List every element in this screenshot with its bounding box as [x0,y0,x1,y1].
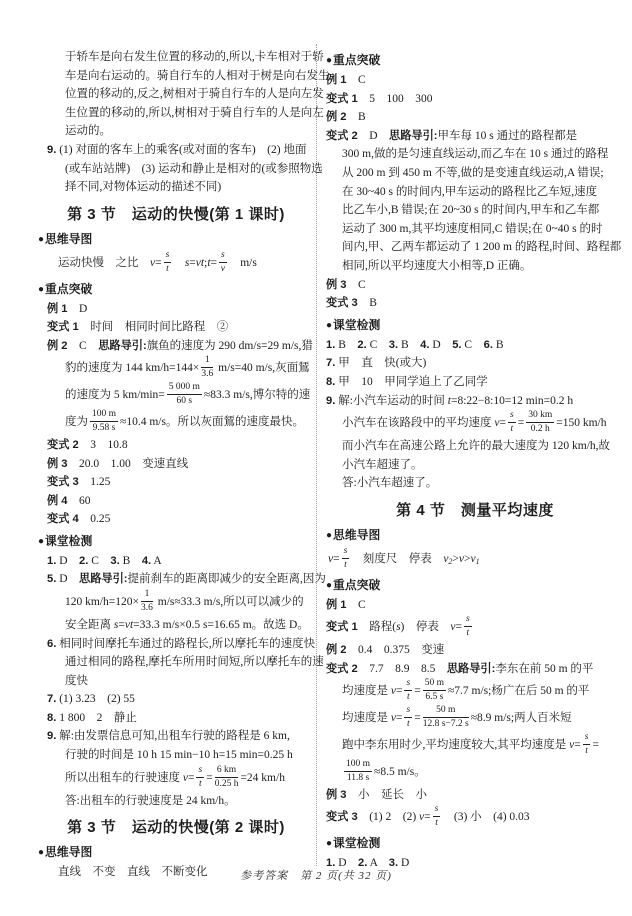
bold-label: 例 3 [326,789,347,801]
numerator: s [342,546,350,559]
numerator: 100 m [90,409,118,422]
bold-label: 例 1 [326,74,347,86]
fraction: st [433,804,441,829]
section-marker: ●思维导图 [38,843,314,862]
text-run: = [424,811,431,823]
text-run: 通过相同的路程,摩托车所用时间短,所以摩托车的速 [65,656,324,668]
answer-line: 车是向右运动的。骑自行车的人相对于树是向右发生 [65,67,314,86]
fraction: st [404,705,412,730]
section-heading-text: 第 3 节 运动的快慢(第 2 课时) [67,819,285,836]
answer-page: 于轿车是向右发生位置的移动的,所以,卡车相对于轿车是向右运动的。骑自行车的人相对… [0,0,632,916]
text-run: = [456,621,463,633]
bold-label: 8. [326,376,335,388]
bold-label: 6. [47,638,56,650]
text-run: 60 [68,495,91,507]
section-marker-label: 课堂检测 [333,318,380,332]
answer-line: 例 2 B [326,108,624,127]
answer-line: 1. B 2. C 3. B 4. D 5. C 6. B [326,336,624,355]
text-run: m/s≈33.3 m/s,所以可以减少的 [155,596,304,608]
bold-label: 例 3 [326,279,347,291]
bullet-icon: ● [38,847,44,858]
answer-line: (或车站站牌) (3) 运动和静止是相对的(或参照物选 [65,160,314,179]
text-run: C [88,555,110,567]
text-run: 均速度是 [342,712,391,724]
numerator: s [583,732,591,745]
section-marker: ●重点突破 [326,576,624,595]
answer-line: 间内,甲、乙两车都运动了 1 200 m 的路程,时间、路程都 [342,238,624,257]
numerator: 6 km [215,765,239,778]
text-run: 位置的移动的,反之,树相对于骑自行车的人是向左发 [65,88,324,100]
text-run: B [493,339,504,351]
text-run: 0.25 [79,513,111,525]
bold-label: 例 2 [326,111,347,123]
text-run: 运动的。 [65,125,111,137]
text-run: C [347,279,366,291]
text-run: 小汽车在该路段中的平均速度 [342,417,494,429]
bold-label: 变式 2 [326,663,358,675]
text-run: 生位置的移动的,所以,树相对于骑自行车的人是向左 [65,107,324,119]
text-run: 解:小汽车运动的时间 [335,395,447,407]
bold-label: 例 3 [47,458,68,470]
section-marker: ●思维导图 [38,230,314,249]
text-run: 均速度是 [342,685,391,697]
answer-line: 而小汽车在高速公路上允许的最大速度为 120 km/h,故 [342,437,624,456]
bold-label: 4. [420,339,429,351]
text-run [173,257,185,269]
fraction: st [164,250,172,275]
bold-label: 5. [452,339,461,351]
text-run: 7.7 8.9 8.5 [358,663,447,675]
text-run: m/s=40 m/s,灰面鵟 [215,362,309,374]
text-run: = [333,553,340,565]
answer-line: 相同,所以平均速度大小相等,D 正确。 [342,257,624,276]
bold-label: 7. [47,693,56,705]
answer-line: 8. 1 800 2 静止 [47,709,314,728]
text-run: 旗鱼的速度为 290 dm/s=29 m/s,猎 [147,340,313,352]
text-run: = [396,712,403,724]
answer-line: 运动快慢 之比 v=st s=vt;t=sv m/s [58,250,314,277]
answer-line: 度为100 m9.58 s≈10.4 m/s。所以灰面鵟的速度最快。 [65,409,314,436]
text-run: 时间 相同时间比路程 ② [79,321,229,333]
section-marker: ●重点突破 [38,280,314,299]
variable: vt [125,619,133,631]
text-run: (1) 对面的客车上的乘客(或对面的客车) (2) 地面 [56,144,306,156]
answer-line: 变式 3 B [326,294,624,313]
numerator: 1 [141,589,153,602]
fraction: 30 km0.2 h [526,410,554,435]
text-run: m/s [229,257,257,269]
bold-label: 例 4 [47,495,68,507]
text-run: B [398,339,420,351]
section-marker-label: 重点突破 [45,282,92,296]
text-run: ) 停表 [401,621,451,633]
text-run: 择不同,对物体运动的描述不同) [65,181,221,193]
text-run: 行驶的时间是 10 h 15 min−10 h=15 min=0.25 h [65,749,293,761]
text-run: 度为 [65,416,88,428]
answer-line: 在 30~40 s 的时间内,甲车运动的路程比乙车短,速度 [342,183,624,202]
answer-line: 均速度是 v=st=50 m12.8 s−7.2 s≈8.9 m/s;两人百米短 [342,705,624,732]
bold-label: 2. [357,339,366,351]
answer-line: 300 m,做的是匀速直线运动,而乙车在 10 s 通过的路程 [342,145,624,164]
text-run: ≈7.7 m/s;杨广在后 50 m 的平 [448,685,589,697]
denominator: 3.6 [141,602,153,614]
answer-line: 择不同,对物体运动的描述不同) [65,178,314,197]
section-marker-label: 重点突破 [333,53,380,67]
answer-line: 变式 1 路程(s) 停表 v=st [326,614,624,641]
numerator: 50 m [423,705,469,718]
text-run: 甲车每 10 s 通过的路程都是 [438,130,578,142]
bold-label: 思路导引: [98,340,146,352]
bold-label: 9. [47,730,56,742]
answer-line: 答:小汽车超速了。 [342,474,624,493]
section-marker-label: 思维导图 [333,528,380,542]
text-run: (1) 2 (2) [358,811,419,823]
text-run: 从 200 m 到 450 m 不等,做的是变速直线运动,A 错误; [342,167,604,179]
answer-line: 位置的移动的,反之,树相对于骑自行车的人是向左发 [65,85,314,104]
numerator: s [404,678,412,691]
text-run: (3) 小 (4) 0.03 [442,811,529,823]
bold-label: 1. [326,339,335,351]
numerator: s [464,614,472,627]
text-run: =33.3 m/s×0.5 s=16.65 m。故选 D。 [133,619,309,631]
answer-line: 7. 甲 直 快(或大) [326,354,624,373]
text-run: 跑中李东用时少,平均速度较大,其平均速度是 [342,739,569,751]
text-run: =150 km/h [556,417,606,429]
numerator: 100 m [344,759,372,772]
text-run: = [499,417,506,429]
text-run: (或车站站牌) (3) 运动和静止是相对的(或参照物选 [65,163,323,175]
text-run: 度快 [65,675,88,687]
bold-label: 变式 3 [326,811,358,823]
text-run: 300 m,做的是匀速直线运动,而乙车在 10 s 通过的路程 [342,148,608,160]
fraction: sv [219,250,227,275]
answer-line: 120 km/h=120×13.6 m/s≈33.3 m/s,所以可以减少的 [65,589,314,616]
denominator: v [219,263,227,275]
text-run: D [56,573,79,585]
answer-line: 例 4 60 [47,492,314,511]
answer-line: 9. 解:由发票信息可知,出租车行驶的路程是 6 km, [47,727,314,746]
text-run: = [211,257,218,269]
text-run: A [151,555,162,567]
fraction: st [508,410,516,435]
fraction: 5 000 m60 s [167,382,202,407]
text-run: ≈8.9 m/s;两人百米短 [471,712,572,724]
denominator: 0.25 h [215,778,239,790]
text-run: 0.4 0.375 变速 [347,644,445,656]
denominator: 12.8 s−7.2 s [423,718,469,730]
fraction: st [583,732,591,757]
answer-line: 变式 2 7.7 8.9 8.5 思路导引:李东在前 50 m 的平 [326,660,624,679]
answer-line: 变式 3 1.25 [47,473,314,492]
answer-line: 变式 4 0.25 [47,510,314,529]
bold-label: 思路导引: [389,130,437,142]
text-run: 运动快慢 之比 [58,257,150,269]
bold-label: 8. [47,712,56,724]
text-run: C [347,599,366,611]
text-run: C [462,339,484,351]
bold-label: 变式 3 [326,297,358,309]
bold-label: 思路导引: [79,573,127,585]
bold-label: 变式 2 [47,439,79,451]
text-run: 车是向右运动的。骑自行车的人相对于树是向右发生 [65,70,330,82]
text-run: =8:22−8:10=12 min=0.2 h [451,395,573,407]
section-marker-label: 思维导图 [45,845,92,859]
numerator: s [196,765,204,778]
numerator: s [164,250,172,263]
text-run: =24 km/h [240,772,285,784]
answer-line: 小汽车在该路段中的平均速度 v=st=30 km0.2 h=150 km/h [342,410,624,437]
text-run: B [335,339,357,351]
bold-label: 思路导引: [447,663,495,675]
text-run: 小汽车超速了。 [342,459,423,471]
fraction: 13.6 [141,589,153,614]
text-run: 路程( [358,621,396,633]
text-run: 1.25 [79,476,111,488]
answer-line: 小汽车超速了。 [342,456,624,475]
text-run: C [68,340,99,352]
bold-label: 例 2 [326,644,347,656]
section-heading: 第 3 节 运动的快慢(第 1 课时) [38,204,314,226]
subscript: 1 [476,557,480,566]
right-column: ●重点突破例 1 C变式 1 5 100 300例 2 B变式 2 D 思路导引… [326,48,624,873]
answer-line: 变式 3 (1) 2 (2) v=st (3) 小 (4) 0.03 [326,804,624,831]
text-run: B [120,555,142,567]
section-marker: ●思维导图 [326,526,624,545]
denominator: t [464,627,472,639]
numerator: s [404,705,412,718]
text-run: ≈83.3 m/s,博尔特的速 [204,389,310,401]
bold-label: 1. [47,555,56,567]
text-run: 甲 直 快(或大) [335,357,426,369]
bold-label: 例 1 [47,303,68,315]
text-run: = [206,772,213,784]
text-run: C [347,74,366,86]
text-run: ≈8.5 m/s。 [374,766,426,778]
section-heading: 第 3 节 运动的快慢(第 2 课时) [38,817,314,839]
denominator: 3.6 [201,368,213,380]
answer-line: 8. 甲 10 甲同学追上了乙同学 [326,373,624,392]
numerator: s [508,410,516,423]
denominator: 60 s [167,395,202,407]
answer-line: 100 m11.8 s≈8.5 m/s。 [342,759,624,786]
section-marker-label: 重点突破 [333,578,380,592]
answer-line: 运动了 300 m,其平均速度相同,C 错误;在 0~40 s 的时 [342,220,624,239]
answer-line: 通过相同的路程,摩托车所用时间短,所以摩托车的速 [65,653,314,672]
answer-line: 比乙车小,B 错误;在 20~30 s 的时间内,甲车和乙车都 [342,201,624,220]
page-footer: 参考答案 第 2 页(共 32 页) [0,867,632,883]
answer-line: 答:出租车的行驶速度是 24 km/h。 [65,792,314,811]
answer-line: 9. (1) 对面的客车上的乘客(或对面的客车) (2) 地面 [47,141,314,160]
text-run: = [414,712,421,724]
section-marker: ●课堂检测 [326,316,624,335]
answer-line: 变式 1 时间 相同时间比路程 ② [47,318,314,337]
section-heading: 第 4 节 测量平均速度 [326,500,624,522]
section-marker: ●重点突破 [326,51,624,70]
answer-line: v=st 刻度尺 停表 v2>v>v1 [328,546,624,573]
answer-line: 于轿车是向右发生位置的移动的,所以,卡车相对于轿 [65,48,314,67]
bold-label: 变式 1 [47,321,79,333]
bullet-icon: ● [38,536,44,547]
answer-line: 均速度是 v=st=50 m6.5 s≈7.7 m/s;杨广在后 50 m 的平 [342,678,624,705]
text-run: D [430,339,453,351]
text-run: 而小汽车在高速公路上允许的最大速度为 120 km/h,故 [342,440,610,452]
text-run: 甲 10 甲同学追上了乙同学 [335,376,487,388]
bold-label: 变式 3 [47,476,79,488]
bold-label: 3. [389,339,398,351]
text-run: 5 100 300 [358,93,433,105]
answer-line: 例 2 0.4 0.375 变速 [326,641,624,660]
answer-line: 度快 [65,672,314,691]
answer-line: 1. D 2. C 3. B 4. A [47,552,314,571]
text-run: 李东在前 50 m 的平 [495,663,593,675]
text-run: 小 延长 小 [347,789,428,801]
answer-line: 变式 2 3 10.8 [47,436,314,455]
fraction: st [464,614,472,639]
section-marker-label: 课堂检测 [45,534,92,548]
answer-line: 例 1 C [326,596,624,615]
denominator: t [583,745,591,757]
answer-line: 安全距离 s=vt=33.3 m/s×0.5 s=16.65 m。故选 D。 [65,616,314,635]
section-heading-text: 第 3 节 运动的快慢(第 1 课时) [67,206,285,223]
fraction: 50 m12.8 s−7.2 s [423,705,469,730]
text-run: D [56,555,79,567]
numerator: 30 km [526,410,554,423]
bullet-icon: ● [38,234,44,245]
text-run: = [396,685,403,697]
text-run: 解:由发票信息可知,出租车行驶的路程是 6 km, [56,730,290,742]
section-marker: ●课堂检测 [38,532,314,551]
numerator: 5 000 m [167,382,202,395]
denominator: 0.2 h [526,423,554,435]
text-run: C [367,339,389,351]
answer-line: 变式 2 D 思路导引:甲车每 10 s 通过的路程都是 [326,127,624,146]
text-run: = [574,739,581,751]
fraction: st [404,678,412,703]
section-marker-label: 课堂检测 [333,836,380,850]
text-run: D [68,303,88,315]
answer-line: 豹的速度为 144 km/h=144×13.6 m/s=40 m/s,灰面鵟 [65,355,314,382]
fraction: 13.6 [201,355,213,380]
text-run: = [155,257,162,269]
bold-label: 2. [79,555,88,567]
answer-line: 5. D 思路导引:提前刹车的距离即减少的安全距离,因为 [47,570,314,589]
text-run: 所以出租车的行驶速度 [65,772,183,784]
answer-line: 例 3 小 延长 小 [326,786,624,805]
bold-label: 变式 2 [326,130,358,142]
fraction: st [342,546,350,571]
text-run: 120 km/h=120× [65,596,139,608]
text-run: 比乙车小,B 错误;在 20~30 s 的时间内,甲车和乙车都 [342,204,599,216]
text-run: B [347,111,366,123]
answer-line: 生位置的移动的,所以,树相对于骑自行车的人是向左 [65,104,314,123]
numerator: s [219,250,227,263]
fraction: 50 m6.5 s [423,678,446,703]
text-run: ≈10.4 m/s。所以灰面鵟的速度最快。 [120,416,304,428]
answer-line: 例 1 D [47,300,314,319]
section-marker: ●课堂检测 [326,834,624,853]
bold-label: 例 1 [326,599,347,611]
denominator: t [404,691,412,703]
bullet-icon: ● [326,320,332,331]
text-run: 答:出租车的行驶速度是 24 km/h。 [65,795,236,807]
variable: vt [196,257,204,269]
fraction: 6 km0.25 h [215,765,239,790]
answer-line: 的速度为 5 km/min=5 000 m60 s≈83.3 m/s,博尔特的速 [65,382,314,409]
bold-label: 9. [47,144,56,156]
text-run: 豹的速度为 144 km/h=144× [65,362,199,374]
answer-line: 例 3 C [326,276,624,295]
numerator: 50 m [423,678,446,691]
answer-line: 从 200 m 到 450 m 不等,做的是变速直线运动,A 错误; [342,164,624,183]
text-run: 提前刹车的距离即减少的安全距离,因为 [128,573,326,585]
text-run: 答:小汽车超速了。 [342,477,437,489]
denominator: t [433,817,441,829]
denominator: t [342,559,350,571]
bold-label: 6. [484,339,493,351]
answer-line: 行驶的时间是 10 h 15 min−10 h=15 min=0.25 h [65,746,314,765]
text-run: 1 800 2 静止 [56,712,137,724]
bullet-icon: ● [38,284,44,295]
text-run: 的速度为 5 km/min= [65,389,165,401]
denominator: t [404,718,412,730]
denominator: t [508,423,516,435]
numerator: 1 [201,355,213,368]
text-run: = [592,739,599,751]
text-run: 相同时间摩托车通过的路程长,所以摩托车的速度快 [56,638,315,650]
denominator: 9.58 s [90,422,118,434]
bold-label: 9. [326,395,335,407]
bullet-icon: ● [326,580,332,591]
answer-line: 例 2 C 思路导引:旗鱼的速度为 290 dm/s=29 m/s,猎 [47,337,314,356]
text-run: 3 10.8 [79,439,128,451]
bold-label: 变式 1 [326,621,358,633]
answer-line: 7. (1) 3.23 (2) 55 [47,690,314,709]
footer-text: 参考答案 第 2 页(共 32 页) [240,870,392,882]
text-run: = [518,417,525,429]
answer-line: 运动的。 [65,122,314,141]
bold-label: 3. [110,555,119,567]
fraction: 100 m11.8 s [344,759,372,784]
answer-line: 6. 相同时间摩托车通过的路程长,所以摩托车的速度快 [47,635,314,654]
bold-label: 例 2 [47,340,68,352]
text-run: 运动了 300 m,其平均速度相同,C 错误;在 0~40 s 的时 [342,223,603,235]
text-run: = [188,772,195,784]
text-run: 安全距离 [65,619,114,631]
answer-line: 例 3 20.0 1.00 变速直线 [47,455,314,474]
bullet-icon: ● [326,530,332,541]
denominator: 11.8 s [344,772,372,784]
answer-line: 所以出租车的行驶速度 v=st=6 km0.25 h=24 km/h [65,765,314,792]
section-heading-text: 第 4 节 测量平均速度 [396,502,554,519]
numerator: s [433,804,441,817]
text-run: 相同,所以平均速度大小相等,D 正确。 [342,260,531,272]
answer-line: 9. 解:小汽车运动的时间 t=8:22−8:10=12 min=0.2 h [326,392,624,411]
text-run: (1) 3.23 (2) 55 [56,693,135,705]
bold-label: 4. [142,555,151,567]
text-run: 于轿车是向右发生位置的移动的,所以,卡车相对于轿 [65,51,324,63]
answer-line: 例 1 C [326,71,624,90]
text-run: 20.0 1.00 变速直线 [68,458,189,470]
text-run: 在 30~40 s 的时间内,甲车运动的路程比乙车短,速度 [342,186,597,198]
bold-label: 5. [47,573,56,585]
answer-line: 跑中李东用时少,平均速度较大,其平均速度是 v=st= [342,732,624,759]
text-run: = [414,685,421,697]
bullet-icon: ● [326,838,332,849]
bold-label: 变式 4 [47,513,79,525]
bold-label: 变式 1 [326,93,358,105]
text-run: B [358,297,377,309]
bullet-icon: ● [326,55,332,66]
